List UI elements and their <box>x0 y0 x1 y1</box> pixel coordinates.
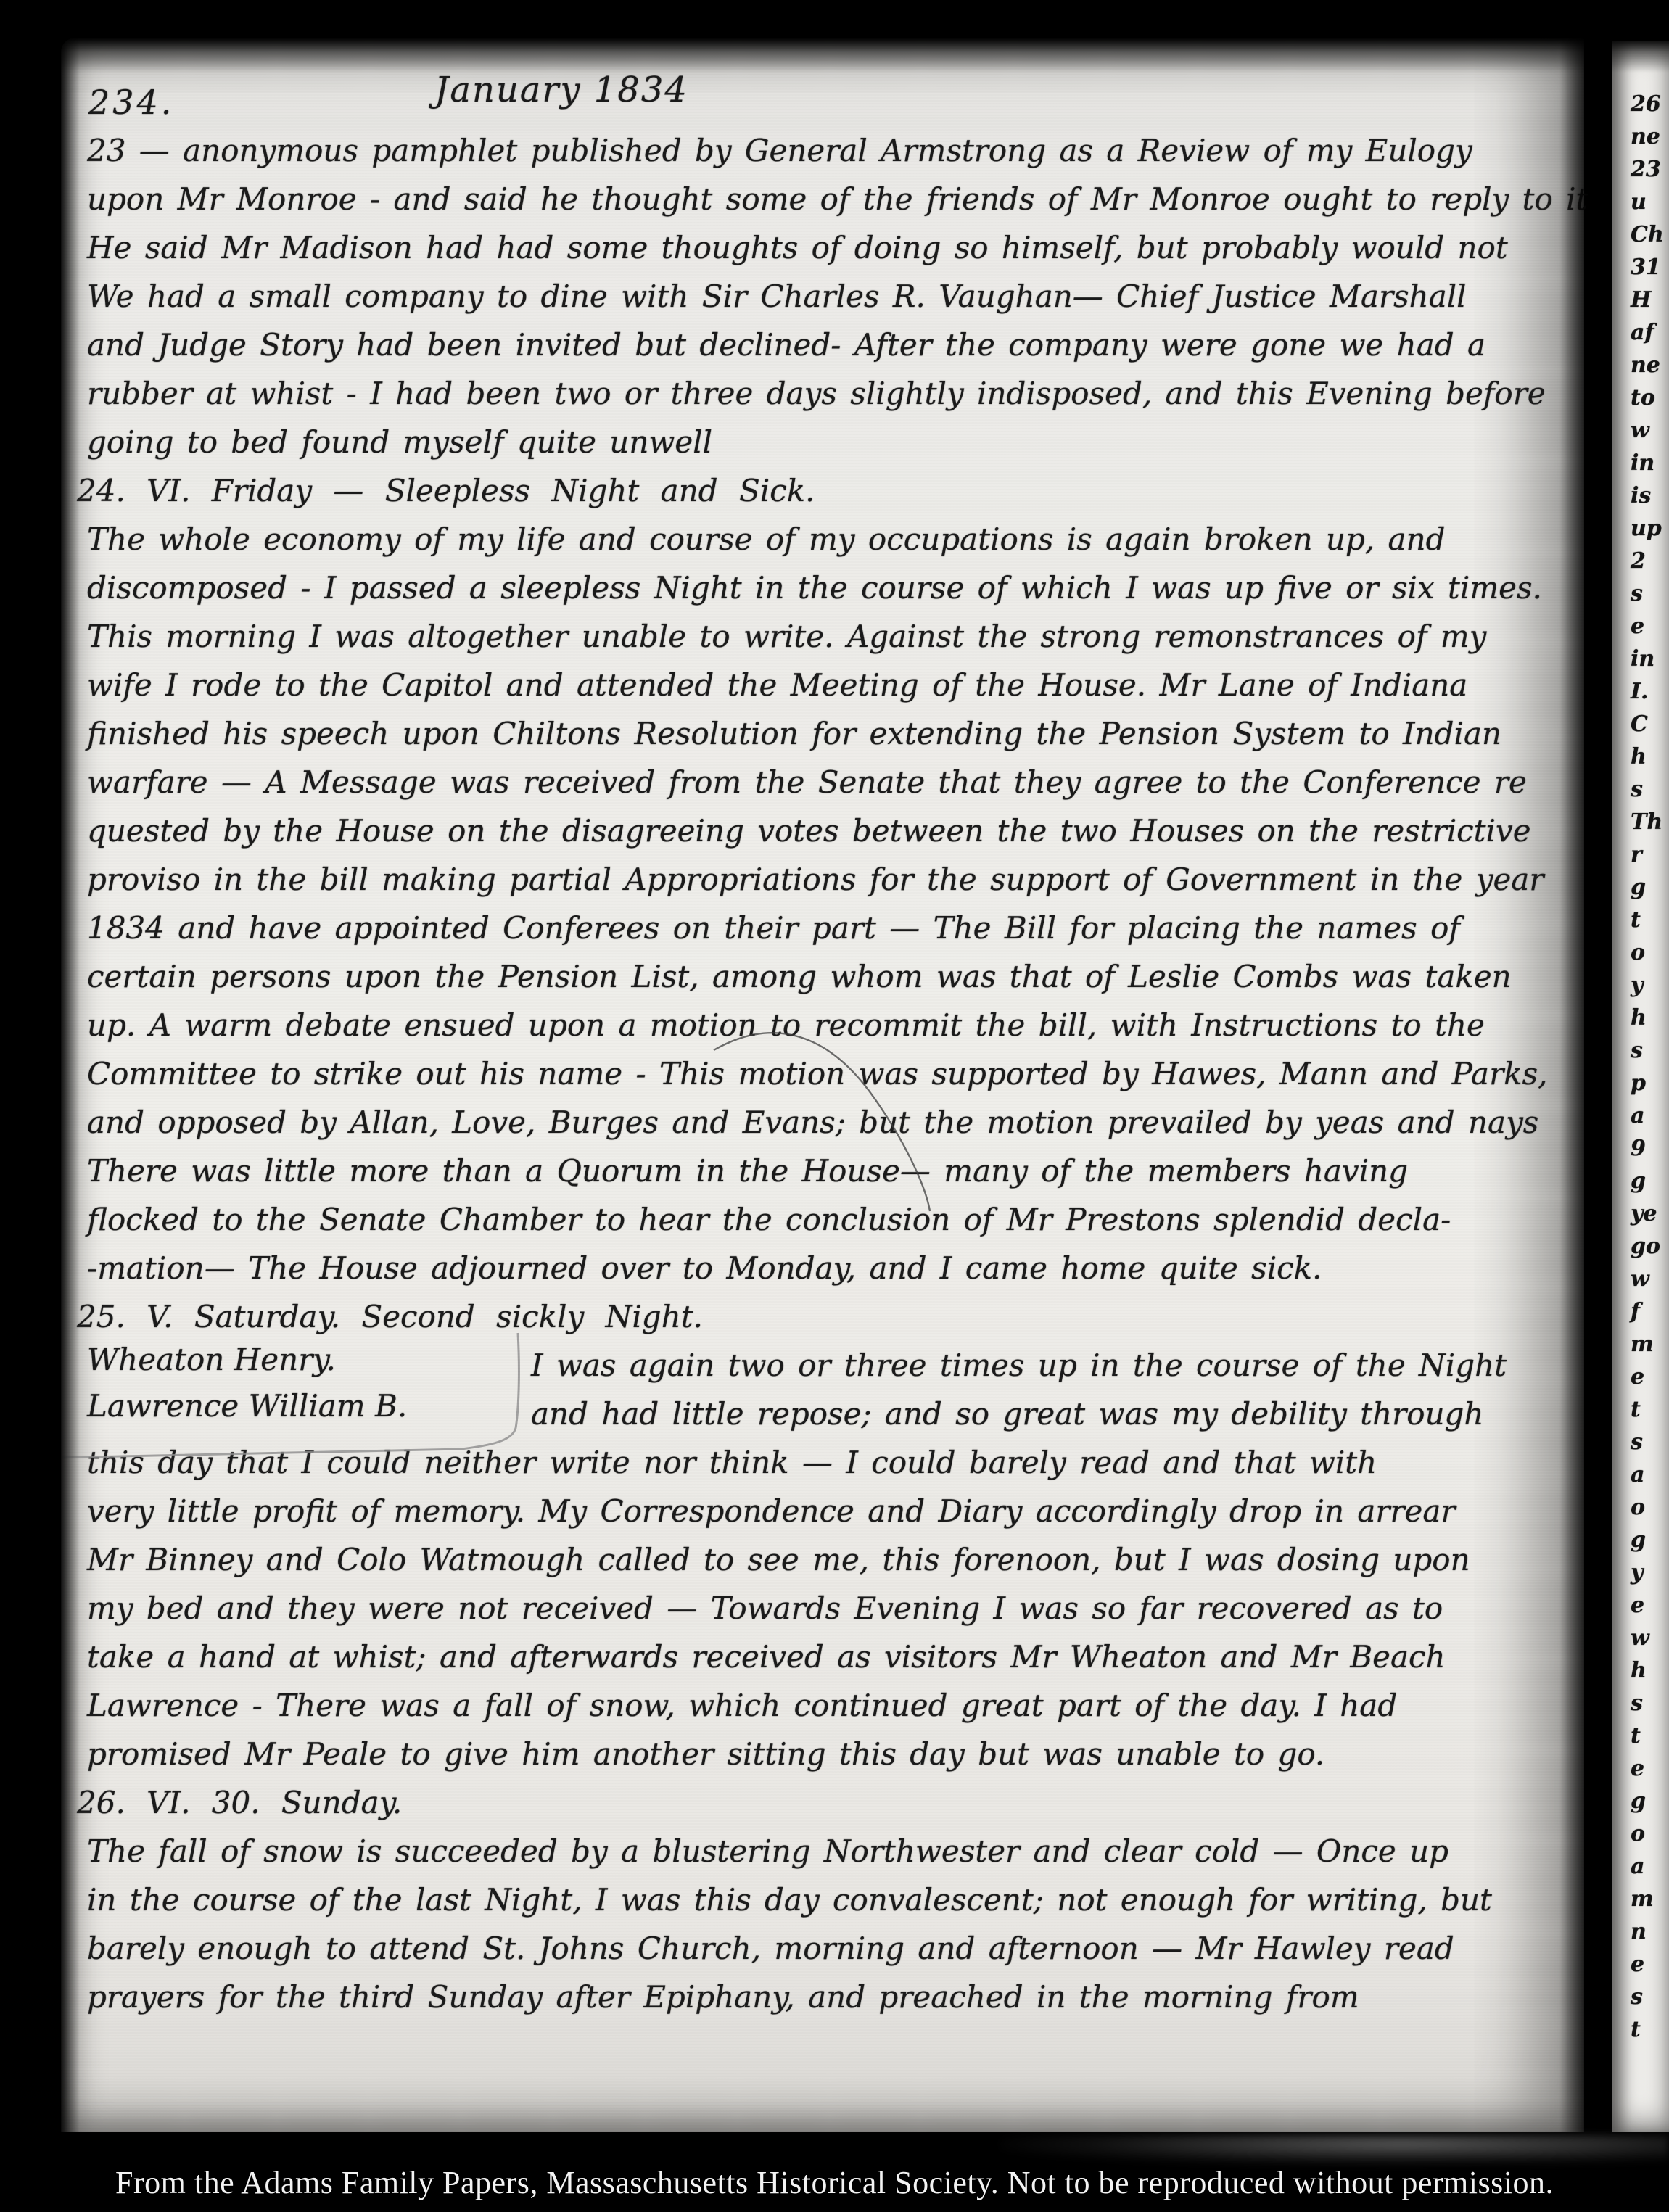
facing-page-fragment: f <box>1631 1299 1640 1324</box>
diary-line: We had a small company to dine with Sir … <box>61 272 1584 321</box>
section-heading: 25. V. Saturday. Second sickly Night. <box>61 1292 1584 1341</box>
facing-page-fragment: h <box>1631 1658 1647 1683</box>
diary-line: barely enough to attend St. Johns Church… <box>61 1924 1584 1973</box>
facing-page-fragment: s <box>1631 1429 1643 1455</box>
diary-line: proviso in the bill making partial Appro… <box>61 855 1584 904</box>
facing-page-fragment: o <box>1631 940 1645 965</box>
diary-line: this day that I could neither write nor … <box>61 1438 1584 1487</box>
facing-page-fragment: 31 <box>1631 255 1661 280</box>
section-heading: 26. VI. 30. Sunday. <box>61 1778 1584 1827</box>
diary-line: He said Mr Madison had had some thoughts… <box>61 223 1584 272</box>
facing-page-fragment: H <box>1631 287 1651 313</box>
facing-page-fragment: g <box>1631 1527 1646 1553</box>
facing-page-fragment: t <box>1631 2017 1641 2042</box>
facing-page-fragment: r <box>1631 842 1642 867</box>
page-date-heading: January 1834 <box>424 70 699 110</box>
facing-page-fragment: 2 <box>1631 548 1646 574</box>
facing-page-fragment: ne <box>1631 352 1660 378</box>
facing-page-fragment: t <box>1631 907 1641 933</box>
facing-page-fragment: 9 <box>1631 1136 1646 1161</box>
diary-line: my bed and they were not received — Towa… <box>61 1584 1584 1633</box>
facing-page-fragment: ye <box>1631 1201 1657 1226</box>
archive-caption: From the Adams Family Papers, Massaschus… <box>0 2164 1669 2201</box>
facing-page-fragment: Ch <box>1631 222 1664 247</box>
diary-line: flocked to the Senate Chamber to hear th… <box>61 1195 1584 1244</box>
diary-line: The whole economy of my life and course … <box>61 515 1584 564</box>
diary-line: 1834 and have appointed Conferees on the… <box>61 904 1584 952</box>
facing-page-fragment: I. <box>1631 679 1648 704</box>
facing-page-fragment: s <box>1631 1038 1643 1063</box>
facing-page-fragment: e <box>1631 1756 1644 1781</box>
facing-page-fragment: n <box>1631 1919 1647 1944</box>
facing-page-fragment: g <box>1631 875 1646 900</box>
facing-page-fragment: e <box>1631 614 1644 639</box>
diary-text-block: 23 — anonymous pamphlet published by Gen… <box>61 126 1584 2021</box>
facing-page-fragment: is <box>1631 483 1651 508</box>
manuscript-page: 234. January 1834 23 — anonymous pamphle… <box>61 38 1584 2132</box>
diary-line: in the course of the last Night, I was t… <box>61 1875 1584 1924</box>
facing-page-fragment: e <box>1631 1364 1644 1390</box>
facing-page-fragment: s <box>1631 1984 1643 2010</box>
facing-page-fragment: w <box>1631 1266 1649 1292</box>
diary-line: warfare — A Message was received from th… <box>61 758 1584 806</box>
section-heading: 24. VI. Friday — Sleepless Night and Sic… <box>61 466 1584 515</box>
diary-line: finished his speech upon Chiltons Resolu… <box>61 709 1584 758</box>
facing-page-fragment: C <box>1631 711 1648 737</box>
diary-line: very little profit of memory. My Corresp… <box>61 1487 1584 1535</box>
diary-line: -mation— The House adjourned over to Mon… <box>61 1244 1584 1292</box>
scan-border-top <box>0 0 1669 73</box>
diary-line: and opposed by Allan, Love, Burges and E… <box>61 1098 1584 1147</box>
facing-page-fragment: o <box>1631 1495 1645 1520</box>
diary-line: wife I rode to the Capitol and attended … <box>61 661 1584 709</box>
diary-line: 23 — anonymous pamphlet published by Gen… <box>61 126 1584 175</box>
diary-line: upon Mr Monroe - and said he thought som… <box>61 175 1584 223</box>
diary-line: Mr Binney and Colo Watmough called to se… <box>61 1535 1584 1584</box>
diary-line: discomposed - I passed a sleepless Night… <box>61 564 1584 612</box>
diary-line: and Judge Story had been invited but dec… <box>61 321 1584 369</box>
facing-page-fragment: m <box>1631 1886 1654 1912</box>
facing-page-fragment: y <box>1631 973 1643 998</box>
diary-line: up. A warm debate ensued upon a motion t… <box>61 1001 1584 1049</box>
facing-page-fragment: Th <box>1631 809 1662 835</box>
facing-page-fragment: g <box>1631 1168 1646 1194</box>
facing-page-fragment: t <box>1631 1397 1641 1422</box>
facing-page-fragment: h <box>1631 744 1647 769</box>
facing-page-fragment: u <box>1631 189 1647 215</box>
facing-page-fragment: p <box>1631 1070 1646 1096</box>
facing-page-fragment: 23 <box>1631 157 1661 182</box>
facing-page-fragment: in <box>1631 450 1654 476</box>
facing-page-fragment: w <box>1631 418 1649 443</box>
facing-page-fragment: o <box>1631 1821 1645 1846</box>
facing-page-fragment: 26 <box>1631 91 1661 117</box>
facing-page-fragment: up <box>1631 516 1662 541</box>
diary-line: rubber at whist - I had been two or thre… <box>61 369 1584 418</box>
diary-line: The fall of snow is succeeded by a blust… <box>61 1827 1584 1875</box>
diary-line: There was little more than a Quorum in t… <box>61 1147 1584 1195</box>
diary-line: This morning I was altogether unable to … <box>61 612 1584 661</box>
page-number: 234. <box>88 83 174 122</box>
diary-line: going to bed found myself quite unwell <box>61 418 1584 466</box>
facing-page-sliver: 26ne23uCh31Hafnetowinisup2seinI.ChsThrgt… <box>1612 41 1669 2132</box>
diary-line: Committee to strike out his name - This … <box>61 1049 1584 1098</box>
facing-page-fragment: s <box>1631 1691 1643 1716</box>
facing-page-fragment: af <box>1631 320 1654 345</box>
facing-page-fragment: a <box>1631 1462 1644 1487</box>
facing-page-fragment: w <box>1631 1625 1649 1651</box>
diary-line: quested by the House on the disagreeing … <box>61 806 1584 855</box>
facing-page-fragment: a <box>1631 1103 1644 1128</box>
facing-page-fragment: g <box>1631 1788 1646 1814</box>
facing-page-fragment: go <box>1631 1234 1660 1259</box>
margin-note-name-1: Wheaton Henry. <box>87 1342 336 1377</box>
facing-page-fragment: e <box>1631 1952 1644 1977</box>
facing-page-fragment: s <box>1631 581 1643 606</box>
facing-page-fragment: ne <box>1631 124 1660 149</box>
scanned-diary-page: 234. January 1834 23 — anonymous pamphle… <box>0 0 1669 2212</box>
facing-page-fragment: in <box>1631 646 1654 672</box>
scan-border-left <box>0 0 80 2212</box>
diary-line: Lawrence - There was a fall of snow, whi… <box>61 1681 1584 1730</box>
diary-line: promised Mr Peale to give him another si… <box>61 1730 1584 1778</box>
facing-page-fragment: s <box>1631 777 1643 802</box>
diary-line: certain persons upon the Pension List, a… <box>61 952 1584 1001</box>
facing-page-fragment: m <box>1631 1332 1654 1357</box>
facing-page-fragment: e <box>1631 1593 1644 1618</box>
margin-note-name-2: Lawrence William B. <box>87 1388 407 1424</box>
diary-line: take a hand at whist; and afterwards rec… <box>61 1633 1584 1681</box>
page-edge-blur <box>1001 2135 1668 2166</box>
facing-page-fragment: y <box>1631 1560 1643 1585</box>
facing-page-fragment: to <box>1631 385 1655 410</box>
facing-page-fragment: a <box>1631 1854 1644 1879</box>
facing-page-fragment: t <box>1631 1723 1641 1749</box>
diary-line: prayers for the third Sunday after Epiph… <box>61 1973 1584 2021</box>
facing-page-fragment: h <box>1631 1005 1647 1031</box>
